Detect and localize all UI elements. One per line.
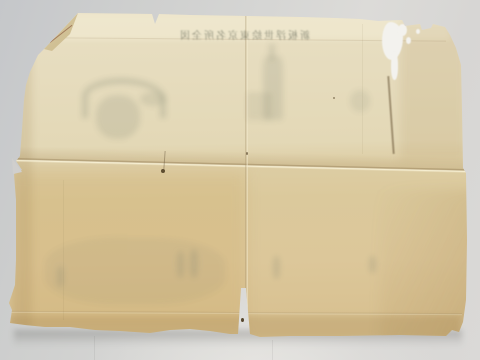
ghost-pine-mass [140,92,166,106]
ink-speck [333,97,335,99]
ghost-figure [273,256,280,279]
ghost-pine-mass [96,95,140,139]
ghost-blob [350,90,370,112]
ghost-pagoda-spire [269,44,275,60]
photo-old-folded-paper: 新板浮世絵東京名所全図 [0,0,480,360]
ink-speck [161,169,165,173]
ghost-text-block [247,94,272,120]
ghost-figure [369,256,376,273]
ghost-title-mirrored-text: 新板浮世絵東京名所全図 [158,27,310,43]
ghost-wash [45,238,225,304]
ink-speck-in-tear [241,318,244,322]
ink-speck [246,152,248,155]
